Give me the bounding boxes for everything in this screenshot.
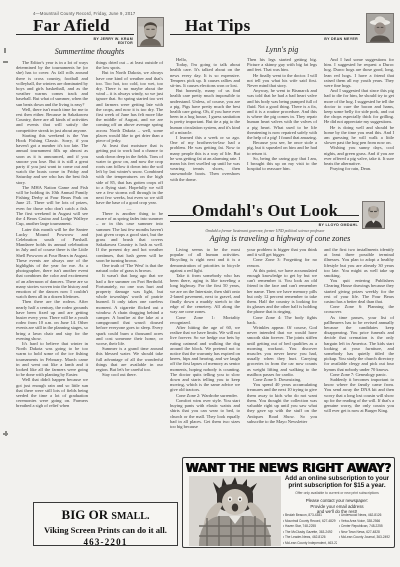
omdahl-column-1: Living seems to be the most popular of a… <box>170 247 240 454</box>
newspaper-list-left: • Beulah Beacon, 873-4381• Mountrail Cou… <box>283 513 337 547</box>
jerry-kram-portrait <box>138 18 163 46</box>
paragraph: and the first two installments identify … <box>324 247 394 278</box>
online-ad-fine-print: Offer only available to current or new p… <box>283 491 391 495</box>
paragraph: At least that moisture that is getting p… <box>96 143 163 205</box>
dean-meyer-photo <box>366 13 394 43</box>
paragraph: He finally went to the doctor. I will no… <box>247 73 317 89</box>
far-afield-column-1: The Editor's year is in a lot of ways de… <box>16 60 88 478</box>
shocked-person-photo <box>189 476 281 546</box>
paragraph: Then there are the rodeos. After nearly … <box>16 299 88 341</box>
paragraph: Suddenly it becomes important to know wh… <box>324 377 394 413</box>
newspaper-page: 4—Mountrail County Record, Friday, June … <box>0 0 400 567</box>
paragraph: Cone Zone 1: Mortality recognized. <box>170 315 240 325</box>
online-ad-offer-line2: print subscription for $15 a year. <box>283 482 391 489</box>
omdahl-column-2: your problem is bigger that you think an… <box>247 247 317 454</box>
paragraph: I learned this a week or so ago. One of … <box>170 135 240 182</box>
lloyd-omdahl-photo <box>362 201 385 229</box>
paragraph: So, being the caring guy that I am, I br… <box>247 156 317 172</box>
paragraph: The MHA Nation Game and Fish will be hol… <box>16 185 88 227</box>
viking-ad-headline: BIG OR SMALL. <box>34 508 177 523</box>
online-ad-copy: Add an online subscription to your print… <box>283 475 391 515</box>
lloyd-omdahl-portrait <box>363 202 384 228</box>
paragraph: Starting this weekend is the Van Hook Fi… <box>16 133 88 185</box>
viking-ad-headline-small: SMALL. <box>111 511 149 522</box>
omdahl-rule-under <box>170 221 359 222</box>
hat-tips-subtitle: Lynn's pig <box>170 45 394 54</box>
paragraph: Cone Zone 3: Forgetting for no reason. <box>247 257 317 267</box>
omdahl-rule-left <box>168 215 194 216</box>
hat-tips-byline: BY DEAN MEYER <box>290 37 358 41</box>
far-afield-byline-title: EDITOR <box>60 41 133 45</box>
omdahl-subtitle: Aging is traveling a highway of cone zon… <box>170 234 390 243</box>
paragraph: At this point, we have accumulated enoug… <box>247 268 317 315</box>
paragraph: And I had some suggestions for him. I su… <box>324 57 394 88</box>
paragraph: your problem is bigger that you think an… <box>247 247 317 257</box>
paragraph: Anyway, he went to Bismarck and was told… <box>247 88 317 140</box>
margin-mark <box>4 48 6 53</box>
paragraph: Later this month will be the Santee Luck… <box>16 227 88 300</box>
paragraph: things dried out – at least outside of t… <box>96 60 163 70</box>
paragraph: After hitting the age of 60, we realize … <box>170 325 240 393</box>
online-ad-headline: WANT THE NEWS RIGHT AWAY? <box>183 462 394 475</box>
paragraph: Because you see, he once stole a pig, bu… <box>247 140 317 156</box>
newspaper-list-item: • McLean County Journal, 363-2492 <box>339 535 393 541</box>
hat-tips-column-2: Then his legs started getting big. Pictu… <box>247 57 317 198</box>
omdahl-byline: BY LLOYD OMDAHL <box>240 223 358 227</box>
omdahl-column-3: and the first two installments identify … <box>324 247 394 454</box>
paragraph: But in North Dakota, we always have one … <box>96 70 163 143</box>
paragraph: Wishing you sunny days, cool nights, and… <box>324 145 394 166</box>
paragraph: But honestly, many of us find health car… <box>170 88 240 135</box>
omdahl-title: Omdahl's Out Look <box>170 201 360 221</box>
far-afield-title: Far Afield <box>33 16 110 36</box>
dean-meyer-portrait <box>367 14 393 42</box>
paragraph: As time passes, your list of pallbearers… <box>324 315 394 372</box>
paragraph: He is doing well and should be home by t… <box>324 125 394 146</box>
paragraph: And I suggested that since this pig had … <box>324 88 394 124</box>
paragraph: It's hard to believe that winter in Nort… <box>16 341 88 377</box>
paragraph: Comfort wins over style. You start buyin… <box>170 398 240 429</box>
jerry-kram-photo <box>137 17 164 47</box>
hat-tips-column-3: And I had some suggestions for him. I su… <box>324 57 394 198</box>
margin-mark <box>5 431 7 436</box>
online-ad-offer-line1: Add an online subscription to your <box>283 475 391 482</box>
far-afield-column-2: things dried out – at least outside of t… <box>96 60 163 456</box>
viking-screen-prints-ad: BIG OR SMALL. Viking Screen Prints can d… <box>33 502 178 546</box>
viking-ad-phone: 463-2201 <box>34 537 177 547</box>
paragraph: You spend 40 years accumulating treasure… <box>247 382 317 424</box>
paragraph: Then his legs started getting big. Pictu… <box>247 57 317 73</box>
omdahl-credit: Omdahl a former lieutenant governor, for… <box>175 229 355 233</box>
paragraph: The Editor's year is in a lot of ways de… <box>16 60 88 107</box>
paragraph: You quit entering Publishers Clearing Ho… <box>324 278 394 304</box>
hat-tips-title: Hat Tips <box>185 16 251 36</box>
viking-ad-line: Viking Screen Prints can do it all. <box>34 525 177 535</box>
paragraph: Living seems to be the most popular of a… <box>170 247 240 273</box>
paragraph: Summer is a grand time around this bless… <box>96 346 163 372</box>
margin-mark <box>3 61 8 63</box>
paragraph: Well that didn't happen because we got j… <box>16 377 88 408</box>
paragraph: Take it from somebody who has been there… <box>170 273 240 315</box>
newspaper-list-item: • McLean County Independent, 463-2201 <box>283 541 337 547</box>
paragraph: Well, there isn't much time for me to re… <box>16 107 88 133</box>
viking-ad-headline-big: BIG OR <box>62 507 109 522</box>
paragraph: Cone Zone 6: Planning the crossover. <box>324 304 394 314</box>
far-afield-subtitle: Summertime thoughts <box>16 47 163 56</box>
online-subscription-ad: WANT THE NEWS RIGHT AWAY? <box>182 457 395 548</box>
hat-tips-column-1: Hello,Today, I'm going to talk about hea… <box>170 57 240 198</box>
paragraph: Today, I'm going to talk about health ca… <box>170 62 240 88</box>
paragraph: Praying for rain, Dean. <box>324 166 394 171</box>
paragraph: Stay cool out there. <box>96 372 163 377</box>
hat-tips-rule <box>170 34 360 35</box>
far-afield-rule <box>16 34 134 35</box>
paragraph: There is another thing to be aware of as… <box>96 211 163 263</box>
paragraph: It wasn't that long ago that we had a fi… <box>96 273 163 346</box>
shocked-person-illustration <box>189 476 281 546</box>
omdahl-rule-right <box>336 215 359 216</box>
paragraph: Wrinkles appear. Of course, God never in… <box>247 325 317 377</box>
paragraph: Cone Zone 4: The body fights back. <box>247 315 317 325</box>
paragraph: One truth of 'The West' is that the natu… <box>96 263 163 273</box>
newspaper-list-right: • Underwood News, 462-8126• Velva Area V… <box>339 513 393 541</box>
